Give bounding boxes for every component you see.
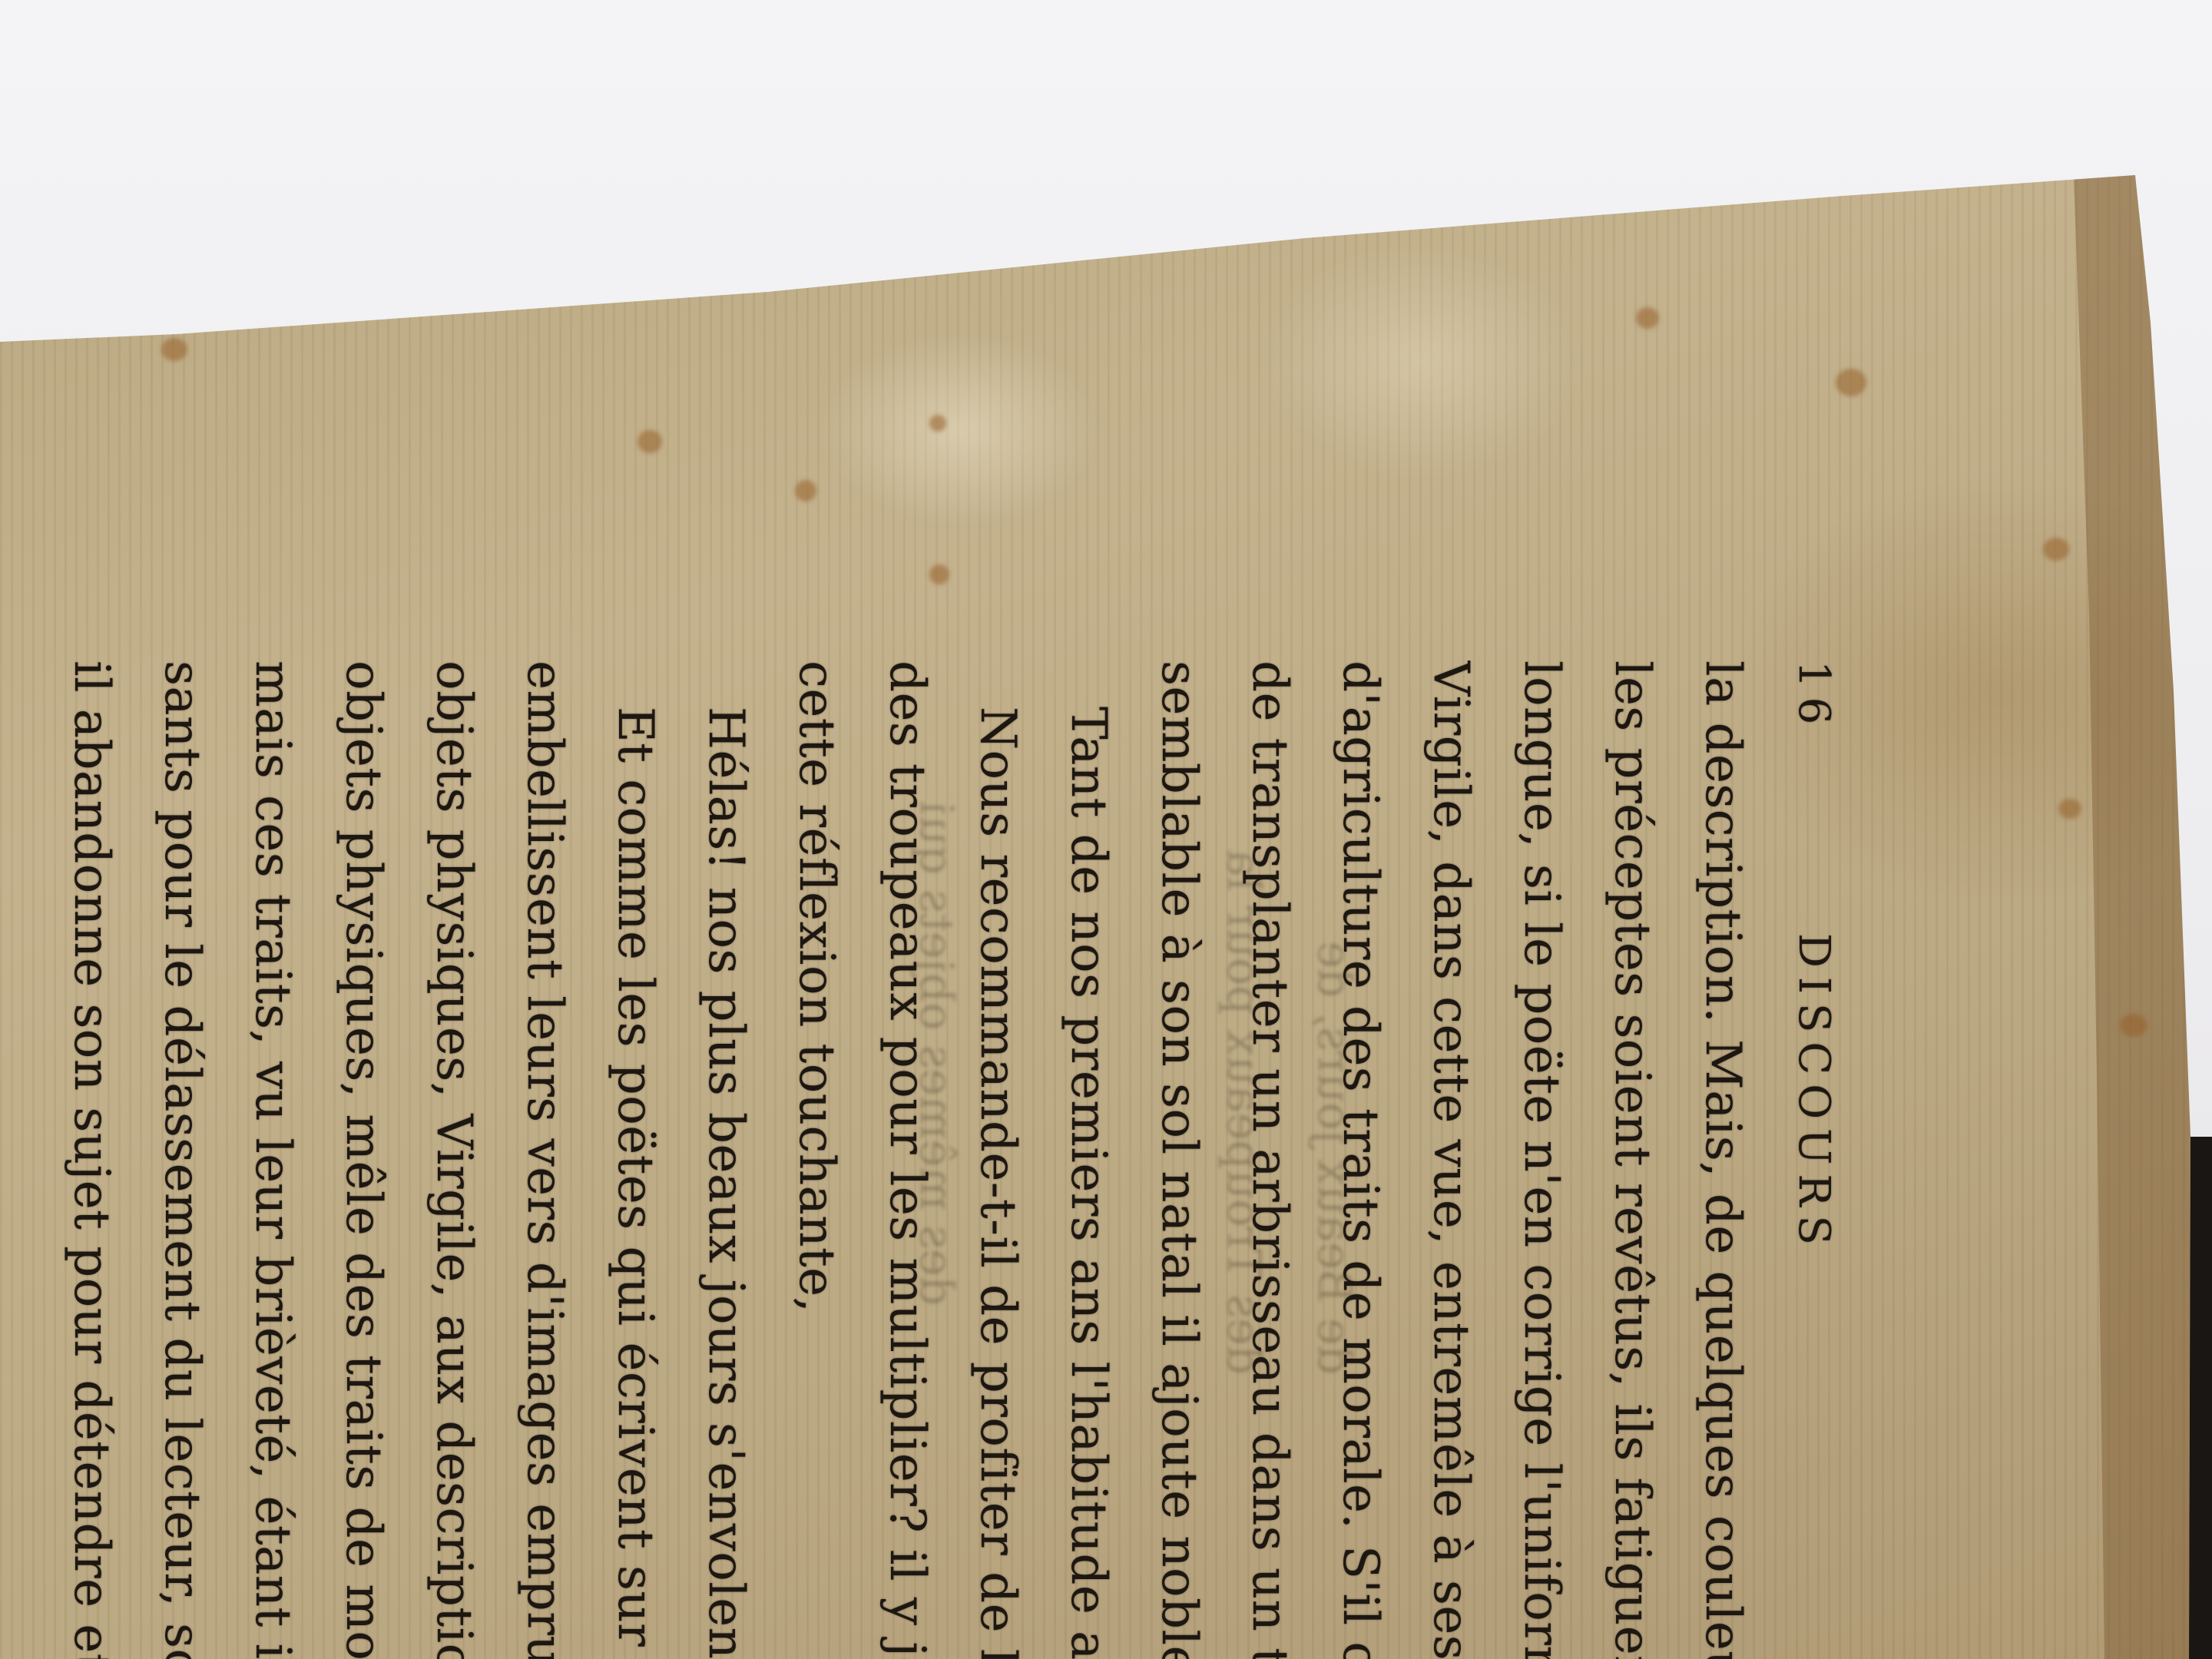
text-line: embellissent leurs vers d'images emprunt… — [499, 661, 590, 1659]
text-line: longue, si le poëte n'en corrige l'unifo… — [1496, 661, 1587, 1659]
foxing-spot — [1636, 307, 1659, 329]
text-line: il abandonne son sujet pour détendre et … — [61, 661, 137, 1659]
foxing-spot — [2120, 1014, 2147, 1037]
foxing-spot — [929, 565, 949, 584]
foxing-spot — [637, 430, 662, 453]
text-line: des troupeaux pour les multiplier? il y … — [862, 661, 952, 1659]
book-page: de Beaux jours, de des Troupeaux pour la… — [0, 0, 2212, 1659]
text-line: semblable à son sol natal il ajoute nobl… — [1134, 661, 1224, 1659]
text-line: mais ces traits, vu leur brièveté, étant… — [227, 661, 318, 1659]
text-line: de transplanter un arbrisseau dans un te… — [1224, 661, 1315, 1659]
foxing-spot — [161, 338, 187, 361]
foxing-spot — [795, 480, 816, 502]
verse-line: Tant de nos premiers ans l'habitude a de… — [1043, 661, 1134, 1659]
text-line: d'agriculture des traits de morale. S'il… — [1315, 661, 1406, 1659]
foxing-spot — [1836, 369, 1866, 396]
running-header: 16 DISCOURS — [1768, 661, 1859, 1659]
text-line: Et comme les poëtes qui écrivent sur la … — [590, 661, 680, 1659]
text-line: Virgile, dans cette vue, entremêle à ses… — [1406, 661, 1496, 1659]
text-line: les préceptes soient revêtus, ils fatigu… — [1587, 661, 1677, 1659]
foxing-spot — [929, 415, 946, 432]
verse-line: Hélas! nos plus beaux jours s'envolent l… — [680, 661, 771, 1659]
foxing-spot — [2058, 799, 2081, 819]
text-line: objets physiques, Virgile, aux descripti… — [409, 661, 499, 1659]
text-line: cette réflexion touchante, — [771, 661, 862, 1659]
running-title: DISCOURS — [1768, 933, 1859, 1254]
text-line: la description. Mais, de quelques couleu… — [1677, 661, 1768, 1659]
text-line: Nous recommande-t-il de profiter de la j… — [952, 661, 1043, 1659]
page-text: 16 DISCOURS la description. Mais, de que… — [61, 661, 1859, 1659]
page-number: 16 — [1768, 661, 1859, 733]
foxing-spot — [2043, 538, 2069, 561]
text-line: objets physiques, mêle des traits de mor… — [318, 661, 409, 1659]
text-line: sants pour le délassement du lecteur, so… — [137, 661, 227, 1659]
